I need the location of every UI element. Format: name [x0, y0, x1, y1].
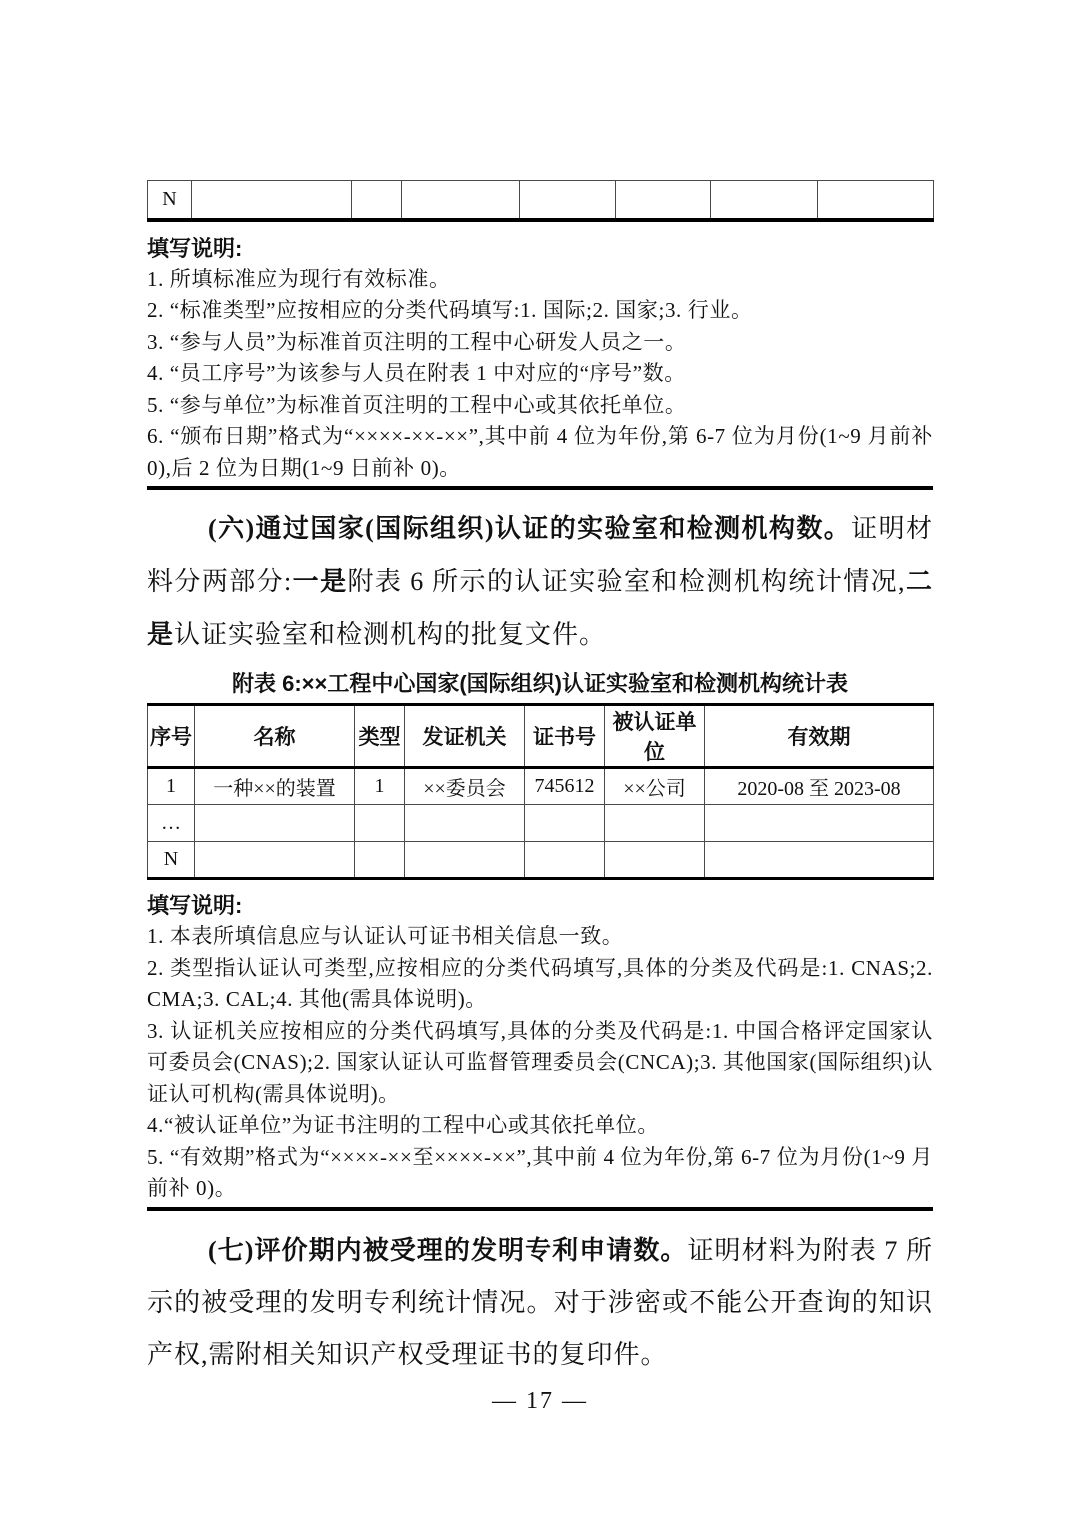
empty-cell	[705, 842, 934, 879]
cell-validity: 2020-08 至 2023-08	[705, 768, 934, 805]
row-index-cell: N	[148, 181, 192, 220]
col-header-certified-unit: 被认证单位	[605, 705, 705, 768]
cell-issuer: ××委员会	[405, 768, 525, 805]
cell-index: 1	[148, 768, 195, 805]
col-header-cert-no: 证书号	[525, 705, 605, 768]
empty-cell	[355, 842, 405, 879]
table-row: 1 一种××的装置 1 ××委员会 745612 ××公司 2020-08 至 …	[148, 768, 934, 805]
note-item: 4. “员工序号”为该参与人员在附表 1 中对应的“序号”数。	[147, 358, 933, 390]
empty-cell	[818, 181, 934, 220]
fill-instructions-heading: 填写说明:	[147, 890, 933, 921]
table-row: N	[148, 181, 934, 220]
note-item: 2. 类型指认证认可类型,应按相应的分类代码填写,具体的分类及代码是:1. CN…	[147, 953, 933, 1016]
empty-cell	[352, 181, 402, 220]
empty-cell	[616, 181, 711, 220]
empty-cell	[525, 842, 605, 879]
section-6-text: 认证实验室和检测机构的批复文件。	[174, 620, 606, 649]
cell-index: N	[148, 842, 195, 879]
cell-index: …	[148, 805, 195, 842]
col-header-index: 序号	[148, 705, 195, 768]
appendix-table-6-title: 附表 6:××工程中心国家(国际组织)认证实验室和检测机构统计表	[147, 669, 933, 699]
cell-certified-unit: ××公司	[605, 768, 705, 805]
empty-cell	[402, 181, 520, 220]
note-item: 6. “颁布日期”格式为“××××-××-××”,其中前 4 位为年份,第 6-…	[147, 421, 933, 484]
empty-cell	[711, 181, 818, 220]
empty-cell	[525, 805, 605, 842]
empty-cell	[520, 181, 616, 220]
section-7-paragraph: (七)评价期内被受理的发明专利申请数。证明材料为附表 7 所示的被受理的发明专利…	[147, 1225, 933, 1381]
note-item: 5. “有效期”格式为“××××-××至××××-××”,其中前 4 位为年份,…	[147, 1142, 933, 1205]
table-row: …	[148, 805, 934, 842]
note-item: 3. “参与人员”为标准首页注明的工程中心研发人员之一。	[147, 327, 933, 359]
section-6-paragraph: (六)通过国家(国际组织)认证的实验室和检测机构数。证明材料分两部分:一是附表 …	[147, 502, 933, 661]
page-number: — 17 —	[147, 1387, 933, 1415]
table-header-row: 序号 名称 类型 发证机关 证书号 被认证单位 有效期	[148, 705, 934, 768]
note-item: 1. 所填标准应为现行有效标准。	[147, 264, 933, 296]
empty-cell	[405, 842, 525, 879]
empty-cell	[405, 805, 525, 842]
col-header-type: 类型	[355, 705, 405, 768]
empty-cell	[192, 181, 352, 220]
note-item: 2. “标准类型”应按相应的分类代码填写:1. 国际;2. 国家;3. 行业。	[147, 295, 933, 327]
table-row: N	[148, 842, 934, 879]
note-item: 1. 本表所填信息应与认证认可证书相关信息一致。	[147, 921, 933, 953]
note-item: 4.“被认证单位”为证书注明的工程中心或其依托单位。	[147, 1110, 933, 1142]
fill-instructions-2: 填写说明: 1. 本表所填信息应与认证认可证书相关信息一致。 2. 类型指认证认…	[147, 890, 933, 1211]
certification-table: 序号 名称 类型 发证机关 证书号 被认证单位 有效期 1 一种××的装置 1 …	[147, 703, 934, 880]
fill-instructions-1: 填写说明: 1. 所填标准应为现行有效标准。 2. “标准类型”应按相应的分类代…	[147, 233, 933, 491]
note-item: 3. 认证机关应按相应的分类代码填写,具体的分类及代码是:1. 中国合格评定国家…	[147, 1016, 933, 1111]
section-6-heading: (六)通过国家(国际组织)认证的实验室和检测机构数。	[208, 514, 851, 543]
page-content: N 填写说明: 1. 所填标准应为现行有效标准。 2. “标准类型”应按相应的分…	[147, 180, 933, 1415]
cell-type: 1	[355, 768, 405, 805]
col-header-validity: 有效期	[705, 705, 934, 768]
fill-instructions-heading: 填写说明:	[147, 233, 933, 264]
empty-cell	[605, 805, 705, 842]
emphasis-yishi: 一是	[292, 567, 347, 596]
col-header-issuer: 发证机关	[405, 705, 525, 768]
section-6-text: 附表 6 所示的认证实验室和检测机构统计情况,	[348, 567, 906, 596]
cell-name: 一种××的装置	[195, 768, 355, 805]
document-page: N 填写说明: 1. 所填标准应为现行有效标准。 2. “标准类型”应按相应的分…	[0, 0, 1080, 1528]
empty-cell	[355, 805, 405, 842]
empty-cell	[605, 842, 705, 879]
empty-cell	[705, 805, 934, 842]
col-header-name: 名称	[195, 705, 355, 768]
empty-cell	[195, 842, 355, 879]
standards-table-tail: N	[147, 180, 934, 222]
section-7-heading: (七)评价期内被受理的发明专利申请数。	[208, 1236, 687, 1265]
empty-cell	[195, 805, 355, 842]
cell-cert-no: 745612	[525, 768, 605, 805]
note-item: 5. “参与单位”为标准首页注明的工程中心或其依托单位。	[147, 390, 933, 422]
